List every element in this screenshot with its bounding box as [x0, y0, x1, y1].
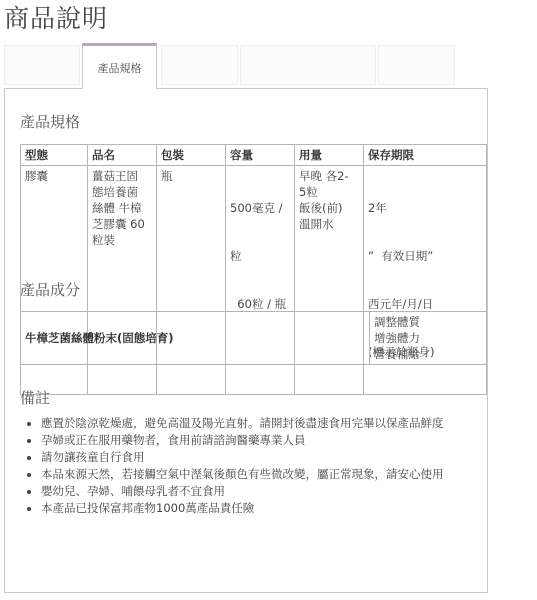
tab-hidden-5[interactable] [378, 45, 455, 85]
cell-name-line: 絲體 牛樟 [92, 200, 152, 216]
table-row: 牛樟芝菌絲體粉末(固態培育) 調整體質 增強體力 營養補給 [21, 312, 487, 365]
page-title: 商品說明 [4, 2, 108, 36]
cell-name-line: 薑菇王固 [92, 168, 152, 184]
cell-dosage-line: 溫開水 [299, 216, 359, 232]
spec-section-title: 產品規格 [20, 111, 80, 132]
header-name: 品名 [88, 145, 157, 166]
cell-dosage-line: 早晚 各2- [299, 168, 359, 184]
list-item: 應置於陰涼乾燥處，避免高溫及陽光直射。請開封後盡速食用完畢以保產品鮮度 [41, 415, 496, 432]
cell-capacity-line: 60粒 / 瓶 [230, 296, 290, 312]
cell-name-line: 芝膠囊 60 [92, 216, 152, 232]
tab-product-spec[interactable]: 產品規格 [82, 43, 157, 89]
header-capacity: 容量 [226, 145, 295, 166]
cell-shelf-line: ” 有效日期” [368, 248, 482, 264]
cell-shelf-line: 西元年/月/日 [368, 296, 482, 312]
cell-name-line: 態培養菌 [92, 184, 152, 200]
list-item: 本品來源天然，若接觸空氣中溼氣後顏色有些微改變，屬正常現象，請安心使用 [41, 466, 496, 483]
table-header-row: 型態 品名 包裝 容量 用量 保存期限 [21, 145, 487, 166]
notes-list: 應置於陰涼乾燥處，避免高溫及陽光直射。請開封後盡速食用完畢以保產品鮮度 孕婦或正… [23, 415, 496, 517]
ingredients-table: 牛樟芝菌絲體粉末(固態培育) 調整體質 增強體力 營養補給 [20, 311, 487, 365]
header-shelf-life: 保存期限 [364, 145, 487, 166]
cell-shelf-line: 2年 [368, 200, 482, 216]
notes-section-title: 備註 [20, 387, 50, 408]
ingredient-benefits: 調整體質 增強體力 營養補給 [370, 312, 487, 365]
header-package: 包裝 [157, 145, 226, 166]
tab-hidden-3[interactable] [161, 45, 238, 85]
cell-dosage-line: 飯後(前) [299, 200, 359, 216]
list-item: 本產品已投保富邦產物1000萬產品責任險 [41, 500, 496, 517]
benefit-line: 調整體質 [374, 314, 482, 330]
benefit-line: 營養補給 [374, 346, 482, 362]
list-item: 孕婦或正在服用藥物者，食用前請諮詢醫藥專業人員 [41, 432, 496, 449]
list-item: 請勿讓孩童自行食用 [41, 449, 496, 466]
header-type: 型態 [21, 145, 88, 166]
cell-dosage-line: 5粒 [299, 184, 359, 200]
tab-bar: 產品規格 [4, 43, 488, 89]
header-dosage: 用量 [295, 145, 364, 166]
list-item: 嬰幼兒、孕婦、哺餵母乳者不宜食用 [41, 483, 496, 500]
tab-hidden-1[interactable] [4, 45, 80, 85]
tab-hidden-4[interactable] [240, 45, 376, 85]
cell-name-line: 粒裝 [92, 232, 152, 248]
cell-capacity-line: 500毫克 / [230, 200, 290, 216]
benefit-line: 增強體力 [374, 330, 482, 346]
tab-panel: 產品規格 型態 品名 包裝 容量 用量 保存期限 膠囊 薑菇王固 態培養菌 絲體… [4, 88, 488, 593]
ingredient-name: 牛樟芝菌絲體粉末(固態培育) [21, 312, 370, 365]
ingredients-section-title: 產品成分 [20, 279, 80, 300]
cell-capacity-line: 粒 [230, 248, 290, 264]
